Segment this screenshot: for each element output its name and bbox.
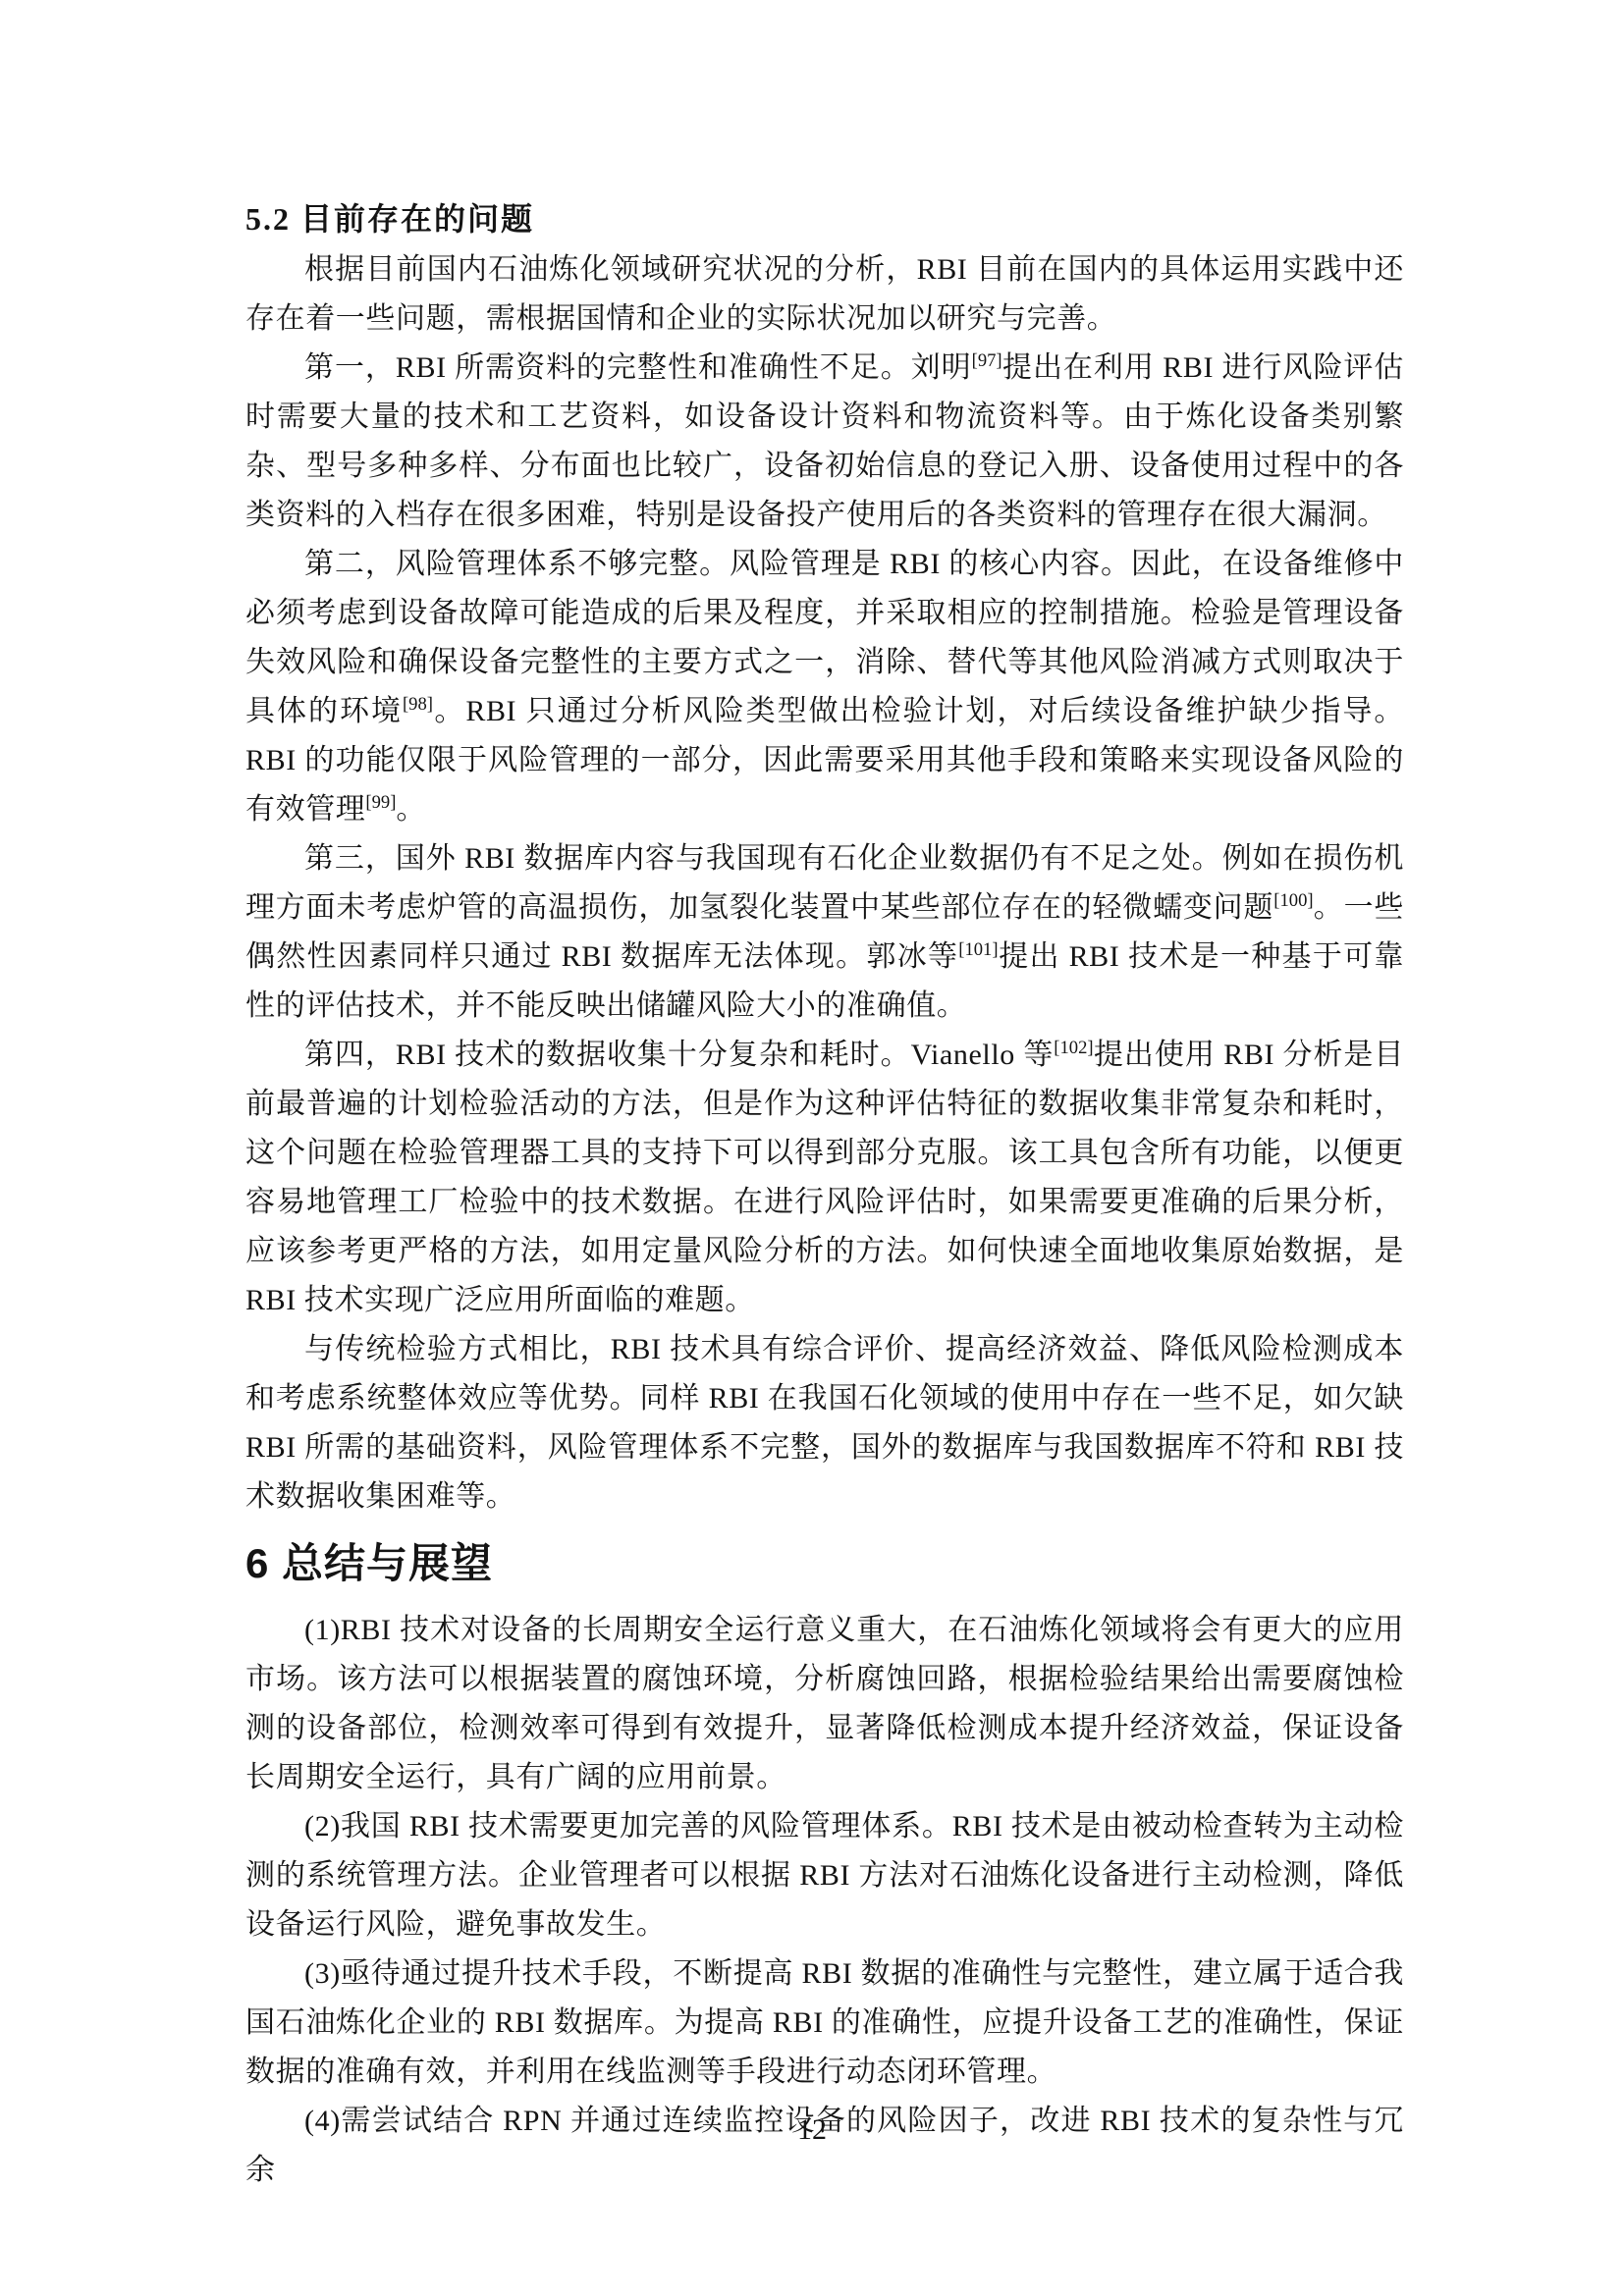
citation-marker: [102] bbox=[1054, 1038, 1093, 1058]
paragraph-comparison-summary: 与传统检验方式相比，RBI 技术具有综合评价、提高经济效益、降低风险检测成本和考… bbox=[245, 1325, 1404, 1522]
citation-marker: [100] bbox=[1273, 890, 1313, 911]
paragraph-issue-third: 第三，国外 RBI 数据库内容与我国现有石化企业数据仍有不足之处。例如在损伤机理… bbox=[245, 834, 1404, 1031]
paragraph-issue-second: 第二，风险管理体系不够完整。风险管理是 RBI 的核心内容。因此，在设备维修中必… bbox=[245, 540, 1404, 834]
citation-marker: [99] bbox=[365, 792, 396, 813]
paragraph-conclusion-3: (3)亟待通过提升技术手段，不断提高 RBI 数据的准确性与完整性，建立属于适合… bbox=[245, 1949, 1404, 2097]
paragraph-conclusion-2: (2)我国 RBI 技术需要更加完善的风险管理体系。RBI 技术是由被动检查转为… bbox=[245, 1802, 1404, 1949]
page-number: 12 bbox=[0, 2110, 1624, 2150]
paragraph-intro: 根据目前国内石油炼化领域研究状况的分析，RBI 目前在国内的具体运用实践中还存在… bbox=[245, 245, 1404, 344]
paragraph-conclusion-1: (1)RBI 技术对设备的长周期安全运行意义重大，在石油炼化领域将会有更大的应用… bbox=[245, 1606, 1404, 1802]
paragraph-issue-fourth: 第四，RBI 技术的数据收集十分复杂和耗时。Vianello 等[102]提出使… bbox=[245, 1031, 1404, 1325]
document-page: 5.2 目前存在的问题 根据目前国内石油炼化领域研究状况的分析，RBI 目前在国… bbox=[0, 0, 1624, 2296]
section-heading-existing-problems: 5.2 目前存在的问题 bbox=[245, 192, 1404, 245]
citation-marker: [98] bbox=[403, 694, 433, 715]
section-heading-conclusion-outlook: 6 总结与展望 bbox=[245, 1535, 1404, 1592]
paragraph-issue-first: 第一，RBI 所需资料的完整性和准确性不足。刘明[97]提出在利用 RBI 进行… bbox=[245, 344, 1404, 540]
citation-marker: [101] bbox=[958, 939, 998, 960]
citation-marker: [97] bbox=[972, 350, 1002, 371]
